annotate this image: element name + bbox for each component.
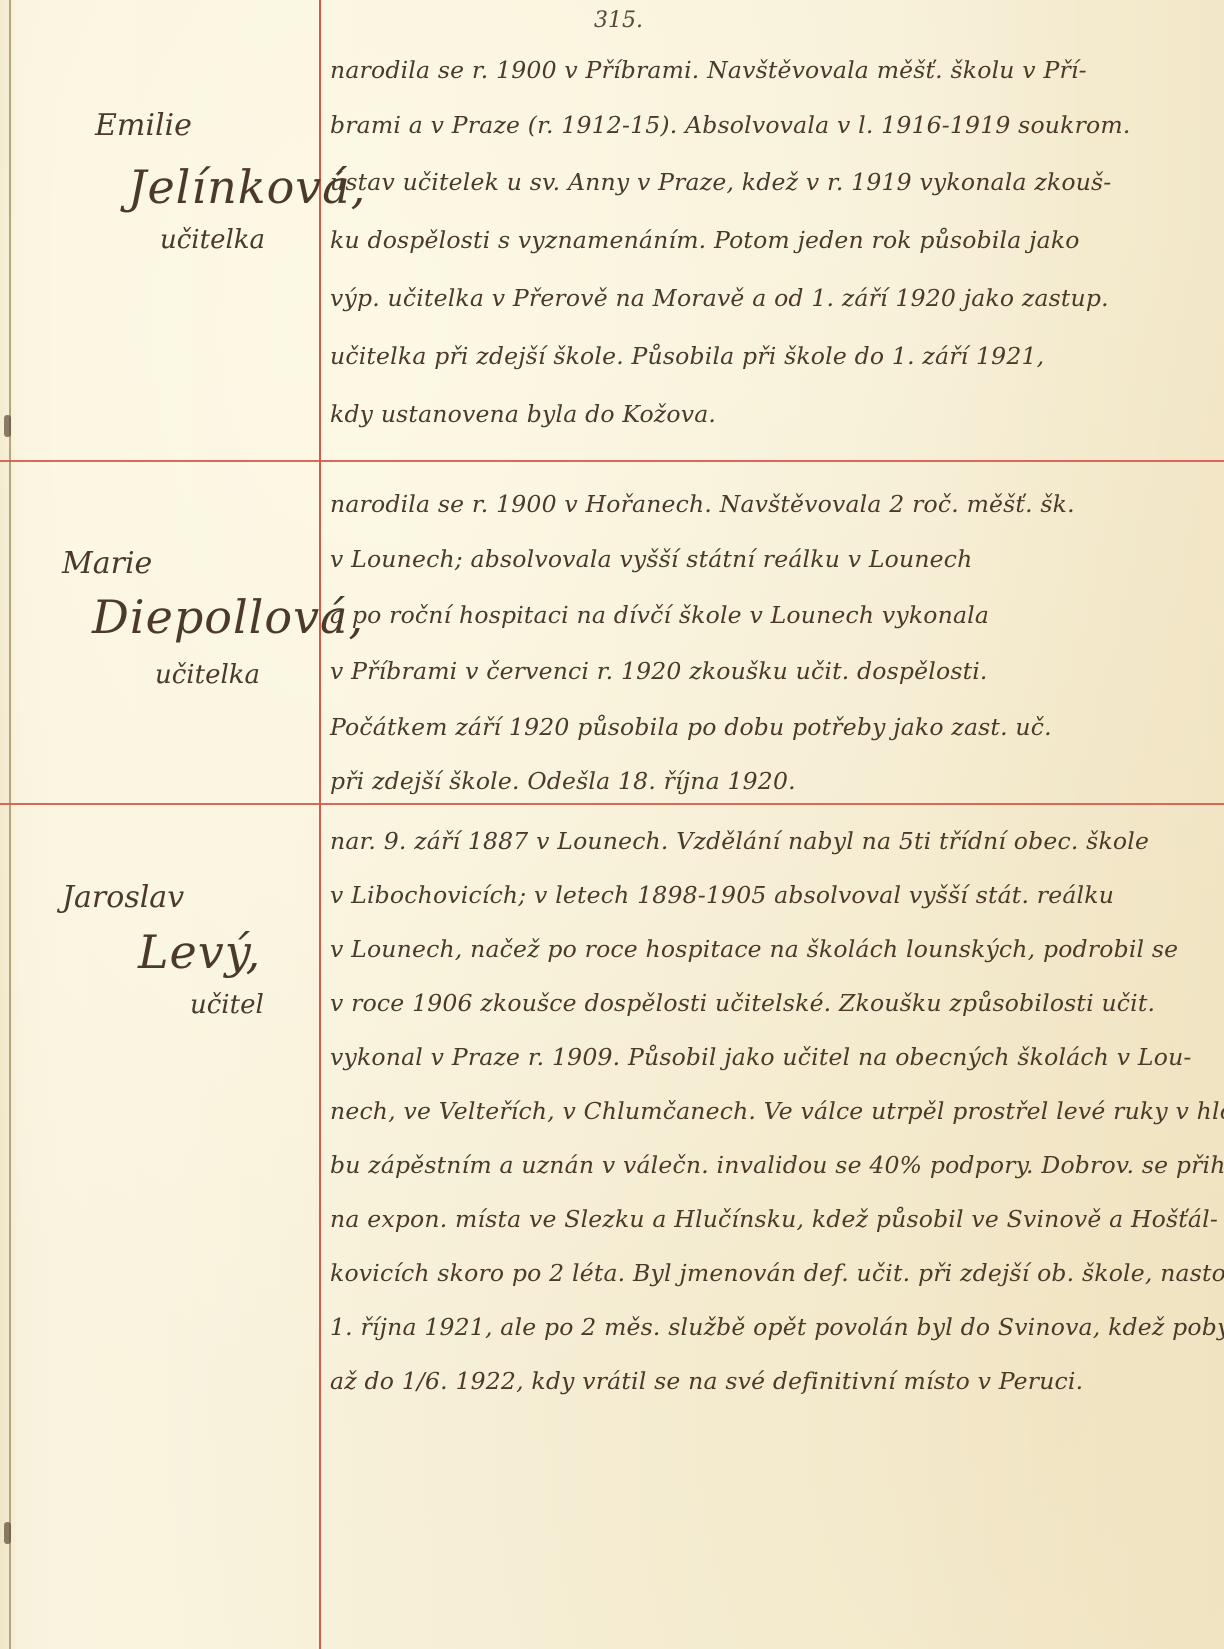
binding-thread-mark	[4, 1522, 11, 1544]
first-name: Jaroslav	[62, 880, 184, 915]
biography-line: ústav učitelek u sv. Anny v Praze, kdež …	[330, 168, 1111, 196]
biography-line: Počátkem září 1920 působila po dobu potř…	[330, 713, 1052, 741]
page-number: 315.	[594, 8, 643, 33]
entry-name-column: Jaroslav Levý, učitel	[20, 870, 315, 1070]
biography-line: na expon. místa ve Slezku a Hlučínsku, k…	[330, 1205, 1218, 1233]
biography-line: nech, ve Velteřích, v Chlumčanech. Ve vá…	[330, 1097, 1224, 1125]
binding-thread-mark	[4, 415, 11, 437]
biography-line: 1. října 1921, ale po 2 měs. službě opět…	[330, 1313, 1224, 1341]
biography-line: v Lounech, načež po roce hospitace na šk…	[330, 935, 1178, 963]
first-name: Emilie	[95, 108, 192, 143]
surname: Diepollová,	[92, 590, 364, 644]
biography-line: nar. 9. září 1887 v Lounech. Vzdělání na…	[330, 827, 1149, 855]
column-divider-rule	[319, 0, 321, 1649]
biography-line: ku dospělosti s vyznamenáním. Potom jede…	[330, 226, 1080, 254]
surname: Levý,	[138, 925, 261, 979]
biography-line: při zdejší škole. Odešla 18. října 1920.	[330, 767, 796, 795]
row-divider-rule	[0, 460, 1224, 462]
biography-line: vykonal v Praze r. 1909. Působil jako uč…	[330, 1043, 1192, 1071]
register-page: 315. Emilie Jelínková, učitelka narodila…	[0, 0, 1224, 1649]
first-name: Marie	[62, 546, 152, 581]
biography-line: v roce 1906 zkoušce dospělosti učitelské…	[330, 989, 1155, 1017]
entry-name-column: Emilie Jelínková, učitelka	[20, 100, 315, 450]
biography-line: kovicích skoro po 2 léta. Byl jmenován d…	[330, 1259, 1224, 1287]
biography-line: a po roční hospitaci na dívčí škole v Lo…	[330, 601, 989, 629]
biography-line: narodila se r. 1900 v Příbrami. Navštěvo…	[330, 56, 1087, 84]
biography-line: kdy ustanovena byla do Kožova.	[330, 400, 716, 428]
occupation: učitelka	[155, 660, 260, 690]
biography-line: učitelka při zdejší škole. Působila při …	[330, 342, 1044, 370]
entry-name-column: Marie Diepollová, učitelka	[20, 530, 315, 790]
biography-line: narodila se r. 1900 v Hořanech. Navštěvo…	[330, 490, 1075, 518]
biography-line: v Lounech; absolvovala vyšší státní reál…	[330, 545, 972, 573]
entry-biography: narodila se r. 1900 v Příbrami. Navštěvo…	[330, 56, 1210, 456]
row-divider-rule	[0, 803, 1224, 805]
biography-line: výp. učitelka v Přerově na Moravě a od 1…	[330, 284, 1109, 312]
page-binding-edge	[9, 0, 11, 1649]
occupation: učitel	[190, 990, 264, 1020]
biography-line: až do 1/6. 1922, kdy vrátil se na své de…	[330, 1367, 1083, 1395]
occupation: učitelka	[160, 225, 265, 255]
biography-line: bu zápěstním a uznán v válečn. invalidou…	[330, 1151, 1224, 1179]
biography-line: v Libochovicích; v letech 1898-1905 abso…	[330, 881, 1114, 909]
biography-line: brami a v Praze (r. 1912-15). Absolvoval…	[330, 111, 1131, 139]
biography-line: v Příbrami v červenci r. 1920 zkoušku uč…	[330, 657, 988, 685]
entry-biography: narodila se r. 1900 v Hořanech. Navštěvo…	[330, 490, 1210, 790]
entry-biography: nar. 9. září 1887 v Lounech. Vzdělání na…	[330, 827, 1210, 1427]
